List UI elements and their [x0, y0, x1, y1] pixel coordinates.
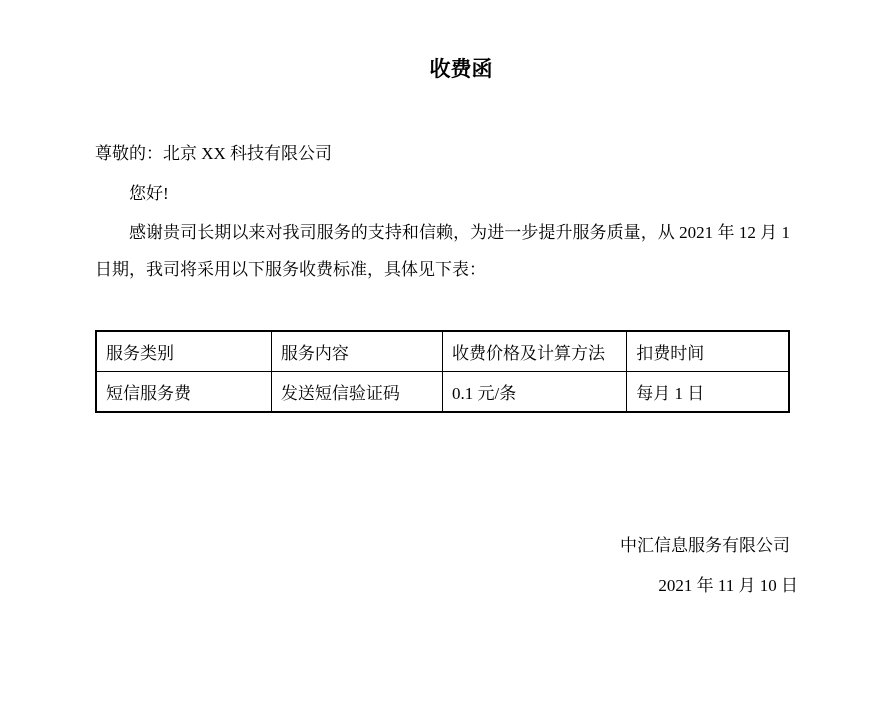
fee-table-header-cell: 扣费时间: [627, 331, 789, 372]
salutation-line: 尊敬的：北京 XX 科技有限公司: [95, 134, 790, 174]
table-row: 短信服务费 发送短信验证码 0.1 元/条 每月 1 日: [96, 372, 789, 413]
fee-table-cell: 0.1 元/条: [442, 372, 626, 413]
fee-table-header-cell: 收费价格及计算方法: [442, 331, 626, 372]
letter-content: 尊敬的：北京 XX 科技有限公司 您好! 感谢贵司长期以来对我司服务的支持和信赖…: [95, 134, 790, 606]
signature-block: 中汇信息服务有限公司 2021 年 11 月 10 日: [95, 526, 790, 606]
body-paragraph: 感谢贵司长期以来对我司服务的支持和信赖，为进一步提升服务质量，从 2021 年 …: [95, 214, 790, 288]
document-title: 收费函: [0, 0, 890, 82]
document-page: 收费函 尊敬的：北京 XX 科技有限公司 您好! 感谢贵司长期以来对我司服务的支…: [0, 0, 890, 717]
signature-date: 2021 年 11 月 10 日: [95, 566, 798, 606]
fee-table-cell: 发送短信验证码: [271, 372, 442, 413]
fee-table-cell: 每月 1 日: [627, 372, 789, 413]
fee-table-header-cell: 服务类别: [96, 331, 271, 372]
fee-table-cell: 短信服务费: [96, 372, 271, 413]
fee-table: 服务类别 服务内容 收费价格及计算方法 扣费时间 短信服务费 发送短信验证码 0…: [95, 330, 790, 413]
greeting-line: 您好!: [95, 174, 790, 214]
signature-company: 中汇信息服务有限公司: [95, 526, 790, 566]
fee-table-header-cell: 服务内容: [271, 331, 442, 372]
fee-table-header-row: 服务类别 服务内容 收费价格及计算方法 扣费时间: [96, 331, 789, 372]
